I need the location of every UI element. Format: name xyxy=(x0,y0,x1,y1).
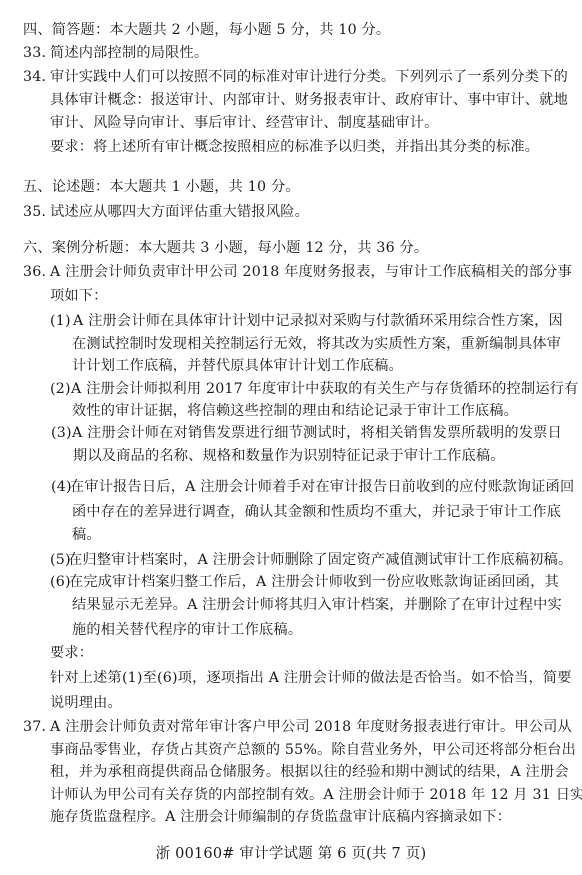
question-37-line-5: 施存货监盘程序。A 注册会计师编制的存货监盘审计底稿内容摘录如下： xyxy=(50,808,511,826)
item-1-line-1: A 注册会计师在具体审计计划中记录拟对采购与付款循环采用综合性方案，因 xyxy=(73,312,563,330)
question-36-line-1: A 注册会计师负责审计甲公司 2018 年度财务报表，与审计工作底稿相关的部分事 xyxy=(50,263,572,281)
question-37-line-1: A 注册会计师负责对常年审计客户甲公司 2018 年度财务报表进行审计。甲公司从 xyxy=(50,718,572,736)
question-36-requirement-label: 要求： xyxy=(50,644,93,662)
question-34-line-1: 审计实践中人们可以按照不同的标准对审计进行分类。下列列示了一系列分类下的 xyxy=(50,68,568,86)
question-36-line-2: 项如下： xyxy=(50,287,108,305)
question-37-line-2: 事商品零售业，存货占其资产总额的 55%。除自营业务外，甲公司还将部分柜台出 xyxy=(50,741,576,759)
item-2-marker: (2) xyxy=(50,380,71,398)
item-6-line-1: 在完成审计档案归整工作后，A 注册会计师收到一份应收账款询证函回函，其 xyxy=(69,573,559,591)
item-4-line-3: 稿。 xyxy=(72,526,101,544)
item-2-line-2: 效性的审计证据，将信赖这些控制的理由和结论记录于审计工作底稿。 xyxy=(72,402,518,420)
item-1-marker: (1) xyxy=(50,312,71,330)
item-1-line-3: 计计划工作底稿，并替代原具体审计计划工作底稿。 xyxy=(72,357,403,375)
item-3-line-2: 期以及商品的名称、规格和数量作为识别特征记录于审计工作底稿。 xyxy=(73,447,505,465)
question-35-text: 试述应从哪四大方面评估重大错报风险。 xyxy=(50,203,309,221)
question-34-requirement: 要求：将上述所有审计概念按照相应的标准予以归类，并指出其分类的标准。 xyxy=(50,138,539,156)
page-footer: 浙 00160# 审计学试题 第 6 页(共 7 页) xyxy=(0,845,582,863)
question-33-text: 简述内部控制的局限性。 xyxy=(50,44,208,62)
item-1-line-2: 在测试控制时发现相关控制运行无效，将其改为实质性方案，重新编制具体审 xyxy=(72,335,561,353)
item-4-line-1: 在审计报告日后，A 注册会计师着手对在审计报告日前收到的应付账款询证函回 xyxy=(70,478,574,496)
question-37-line-4: 计师认为甲公司有关存货的内部控制有效。A 注册会计师于 2018 年 12 月 … xyxy=(50,786,582,804)
section-4-heading: 四、简答题：本大题共 2 小题，每小题 5 分，共 10 分。 xyxy=(23,21,390,39)
section-6-heading: 六、案例分析题：本大题共 3 小题，每小题 12 分，共 36 分。 xyxy=(23,239,428,257)
item-6-line-2: 结果显示无差异。A 注册会计师将其归入审计档案，并删除了在审计过程中实 xyxy=(72,596,562,614)
question-36-requirement-line-1: 针对上述第(1)至(6)项，逐项指出 A 注册会计师的做法是否恰当。如不恰当，简… xyxy=(50,669,572,687)
item-6-line-3: 施的相关替代程序的审计工作底稿。 xyxy=(72,621,302,639)
item-5-line-1: 在归整审计档案时，A 注册会计师删除了固定资产减值测试审计工作底稿初稿。 xyxy=(68,551,572,569)
item-4-marker: (4) xyxy=(51,478,72,496)
item-3-line-1: A 注册会计师在对销售发票进行细节测试时，将相关销售发票所载明的发票日 xyxy=(72,424,562,442)
section-5-heading: 五、论述题：本大题共 1 小题，共 10 分。 xyxy=(23,178,300,196)
question-36-requirement-line-2: 说明理由。 xyxy=(50,694,122,712)
question-34-line-2: 具体审计概念：报送审计、内部审计、财务报表审计、政府审计、事中审计、就地 xyxy=(50,91,568,109)
item-2-line-1: A 注册会计师拟利用 2017 年度审计中获取的有关生产与存货循环的控制运行有 xyxy=(71,380,579,398)
question-34-line-3: 审计、风险导向审计、事后审计、经营审计、制度基础审计。 xyxy=(50,114,438,132)
item-4-line-2: 函中存在的差异进行调查，确认其金额和性质均不重大，并记录于审计工作底 xyxy=(72,503,561,521)
item-6-marker: (6) xyxy=(50,573,71,591)
question-37-line-3: 租，并为承租商提供商品仓储服务。根据以往的经验和期中测试的结果，A 注册会 xyxy=(50,763,569,781)
item-3-marker: (3) xyxy=(51,424,72,442)
